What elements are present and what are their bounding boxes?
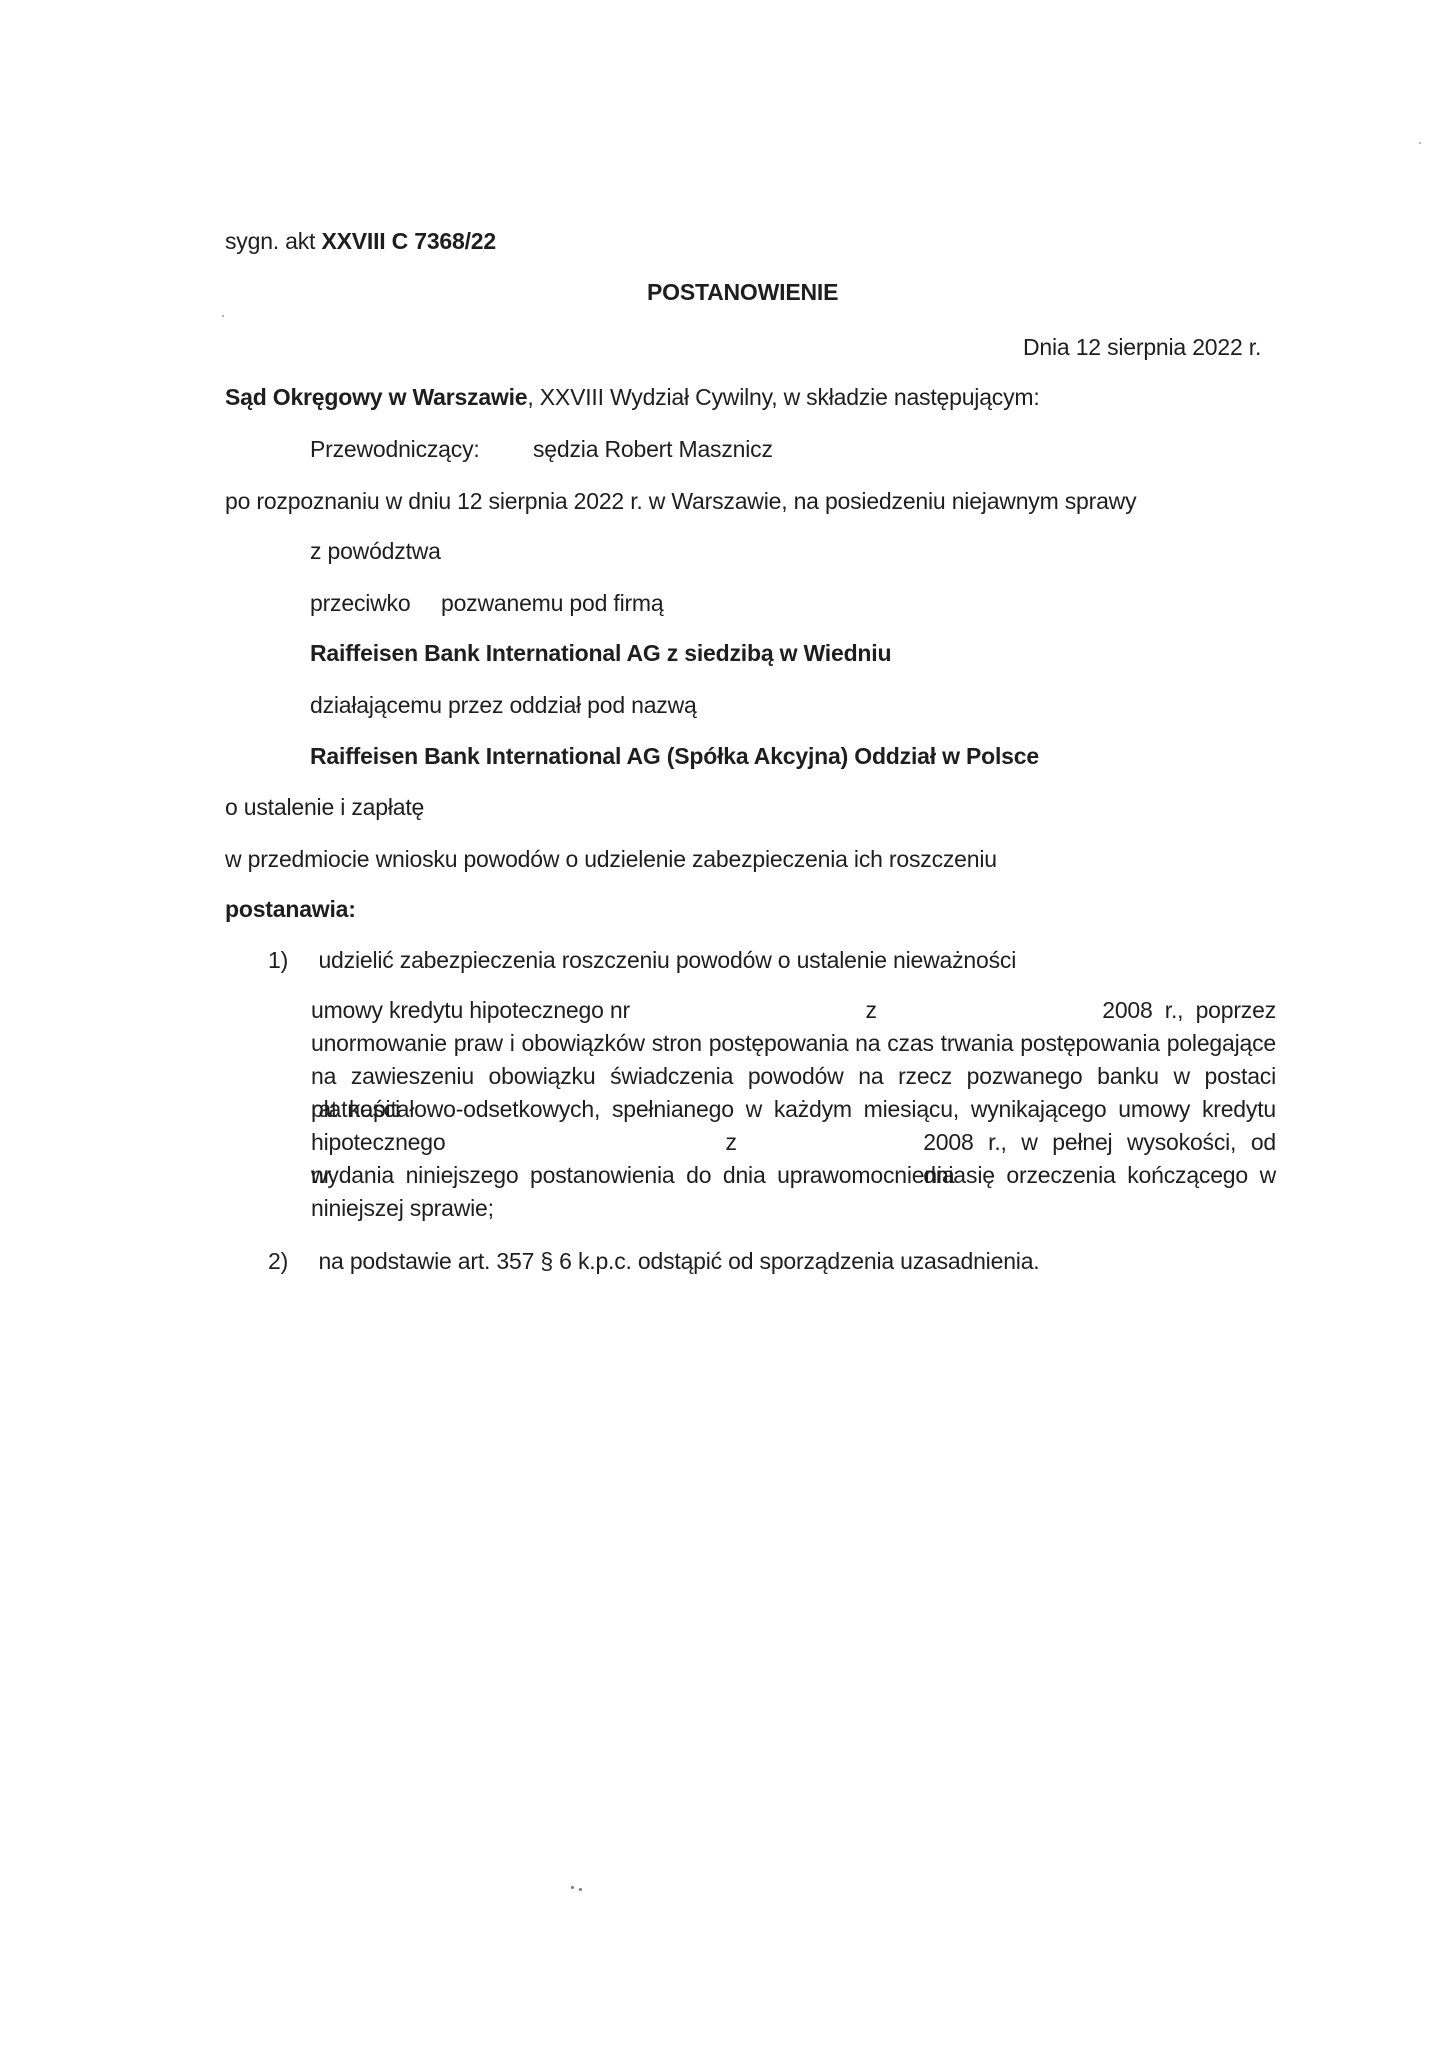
case-subject: o ustalenie i zapłatę [225, 794, 424, 821]
scan-artifact [1419, 142, 1421, 144]
ruling-1-body: umowy kredytu hipotecznego nr z 2008 r.,… [311, 994, 1276, 1225]
redacted-loan-number-1 [668, 994, 828, 1027]
ruling-line-left: hipotecznego nr [311, 1126, 469, 1159]
ruling-line-mid: z [726, 1126, 737, 1159]
court-division: , XXVIII Wydział Cywilny, w składzie nas… [527, 384, 1039, 410]
ruling-2: 2) na podstawie art. 357 § 6 k.p.c. odst… [268, 1248, 1039, 1275]
ruling-line-right: 2008 r., w pełnej wysokości, od dnia [923, 1126, 1276, 1159]
ruling-line: niniejszej sprawie; [311, 1192, 1276, 1225]
branch-label: działającemu przez oddział pod nazwą [310, 692, 697, 719]
case-reference-number: XXVIII C 7368/22 [321, 228, 496, 254]
decides-label: postanawia: [225, 896, 356, 923]
court-composition: Sąd Okręgowy w Warszawie, XXVIII Wydział… [225, 384, 1040, 411]
ruling-text: udzielić zabezpieczenia roszczeniu powod… [318, 947, 1016, 973]
defendant-name: Raiffeisen Bank International AG z siedz… [310, 640, 891, 667]
motion-subject: w przedmiocie wniosku powodów o udzielen… [225, 846, 997, 873]
ruling-number: 1) [268, 947, 288, 973]
branch-name: Raiffeisen Bank International AG (Spółka… [310, 743, 1039, 770]
case-reference-prefix: sygn. akt [225, 228, 315, 254]
ruling-1-heading: 1) udzielić zabezpieczenia roszczeniu po… [268, 947, 1016, 974]
court-name: Sąd Okręgowy w Warszawie [225, 384, 527, 410]
against-label: przeciwko [310, 590, 410, 617]
ruling-line-mid: z [865, 994, 876, 1027]
redacted-date-2 [737, 1126, 923, 1159]
scan-artifact [579, 1888, 582, 1891]
scan-artifact [222, 315, 224, 317]
plaintiff-label: z powództwa [310, 538, 441, 565]
proceedings-intro: po rozpoznaniu w dniu 12 sierpnia 2022 r… [225, 488, 1136, 515]
ruling-line: na zawieszeniu obowiązku świadczenia pow… [311, 1060, 1276, 1093]
ruling-line: rat kapitałowo-odsetkowych, spełnianego … [311, 1093, 1276, 1126]
document-title: POSTANOWIENIE [647, 279, 838, 306]
case-reference: sygn. akt XXVIII C 7368/22 [225, 228, 496, 255]
defendant-label: pozwanemu pod firmą [441, 590, 663, 617]
redacted-date-1 [915, 994, 1065, 1027]
ruling-line: unormowanie praw i obowiązków stron post… [311, 1027, 1276, 1060]
scan-artifact [571, 1886, 574, 1889]
ruling-text: na podstawie art. 357 § 6 k.p.c. odstąpi… [318, 1248, 1039, 1274]
ruling-line-right: 2008 r., poprzez [1102, 994, 1276, 1027]
presiding-label: Przewodniczący: [310, 436, 480, 463]
ruling-line: hipotecznego nr z 2008 r., w pełnej wyso… [311, 1126, 1276, 1159]
document-date: Dnia 12 sierpnia 2022 r. [1023, 334, 1261, 361]
ruling-number: 2) [268, 1248, 288, 1274]
ruling-line: umowy kredytu hipotecznego nr z 2008 r.,… [311, 994, 1276, 1027]
ruling-line: wydania niniejszego postanowienia do dni… [311, 1159, 1276, 1192]
ruling-line-left: umowy kredytu hipotecznego nr [311, 994, 630, 1027]
presiding-judge: sędzia Robert Masznicz [533, 436, 773, 463]
redacted-loan-number-2 [469, 1126, 726, 1159]
